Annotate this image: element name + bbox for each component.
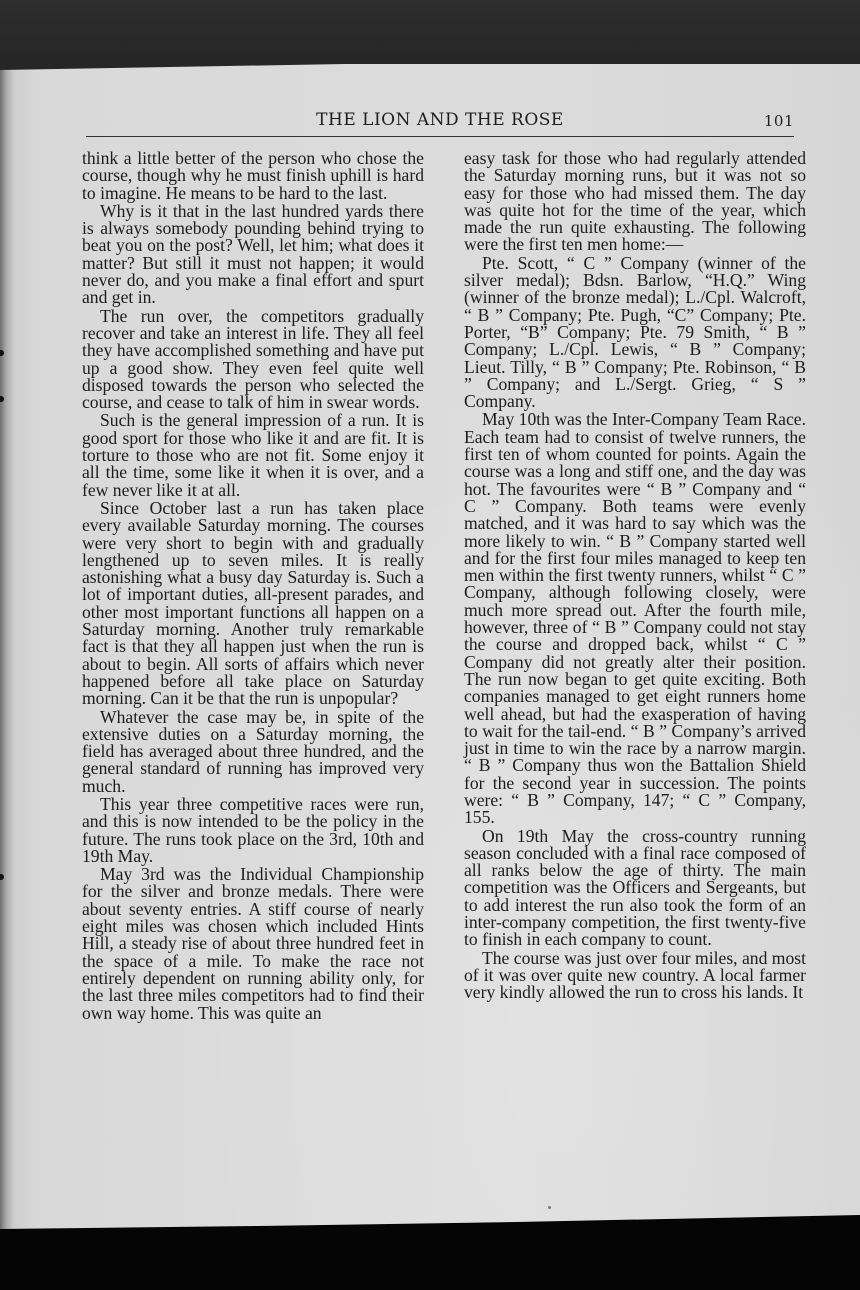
binding-mark [0, 350, 4, 356]
binding-mark [0, 874, 4, 880]
right-column: easy task for those who had regularly at… [464, 150, 806, 1003]
paragraph: Since October last a run has taken place… [82, 500, 424, 708]
paragraph: Pte. Scott, “ C ” Company (winner of the… [464, 255, 806, 411]
paragraph: easy task for those who had regularly at… [464, 150, 806, 254]
paragraph: This year three competitive races were r… [82, 796, 424, 865]
paragraph: May 10th was the Inter-Company Team Race… [464, 411, 806, 826]
paragraph: May 3rd was the Individual Championship … [82, 866, 424, 1022]
binding-mark [0, 396, 4, 402]
paragraph: Such is the general impression of a run.… [82, 412, 424, 498]
paper-speck [548, 1206, 551, 1209]
paragraph: The course was just over four miles, and… [464, 950, 806, 1002]
photo-background: THE LION AND THE ROSE 101 think a little… [0, 0, 860, 1290]
paragraph: Why is it that in the last hundred yards… [82, 203, 424, 307]
paragraph: Whatever the case may be, in spite of th… [82, 709, 424, 795]
left-column: think a little better of the person who … [82, 150, 424, 1023]
page-number: 101 [764, 112, 794, 130]
paragraph: On 19th May the cross-country running se… [464, 828, 806, 949]
running-title: THE LION AND THE ROSE [86, 110, 794, 130]
paragraph: The run over, the competitors gradually … [82, 308, 424, 412]
paragraph: think a little better of the person who … [82, 150, 424, 202]
running-header: THE LION AND THE ROSE 101 [86, 108, 794, 137]
